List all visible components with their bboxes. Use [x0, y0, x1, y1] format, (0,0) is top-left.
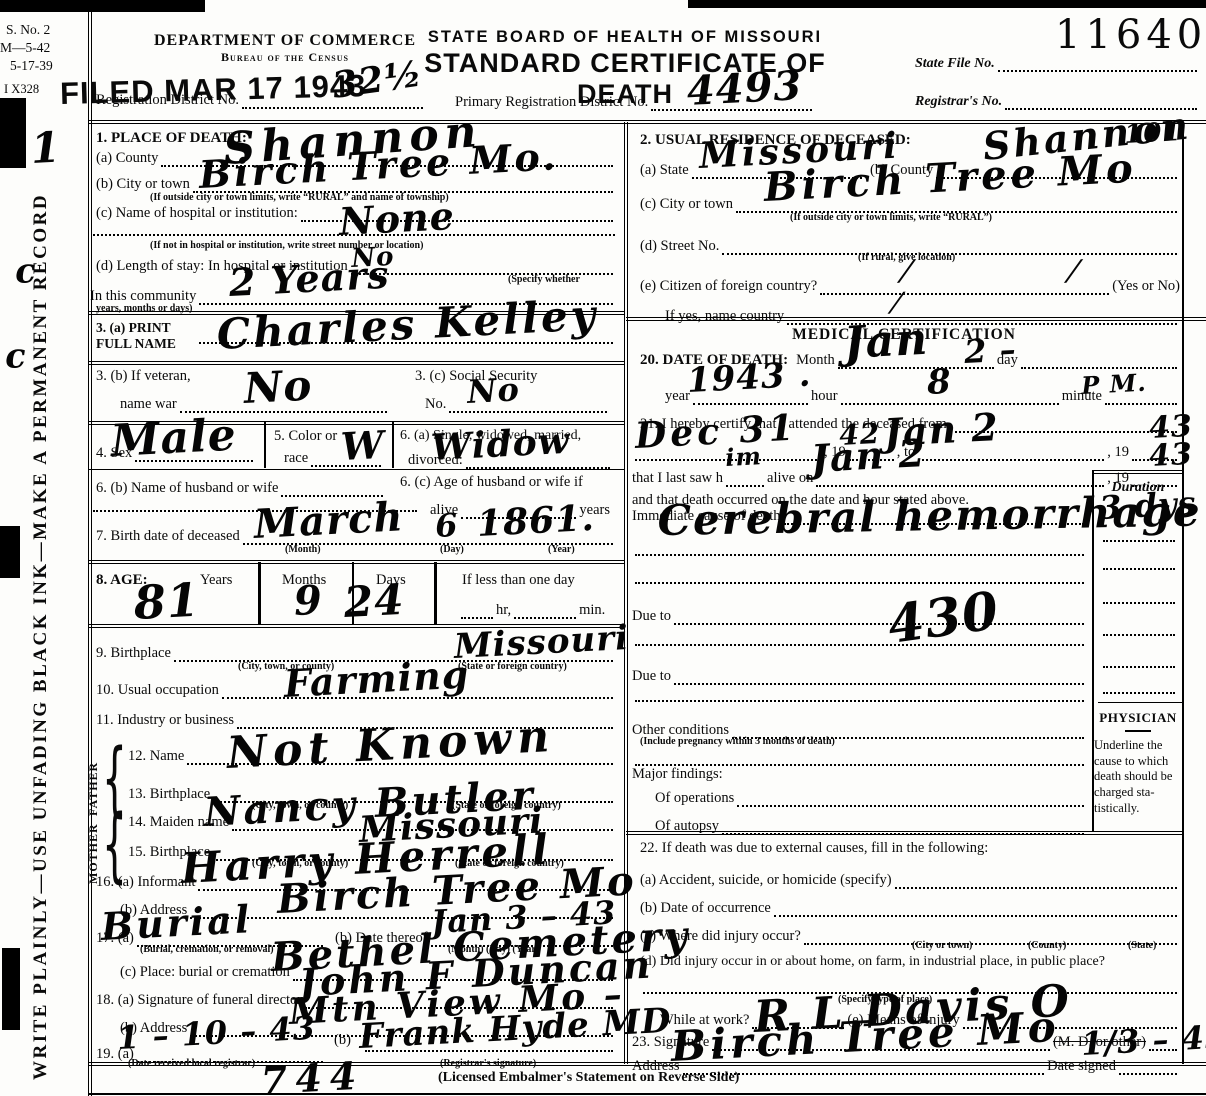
spouse-name-field: 6. (b) Name of husband or wife: [96, 480, 386, 497]
ssn-value: No: [466, 373, 520, 408]
scan-artifact: [2, 948, 20, 1030]
day-hint: (Day): [440, 544, 464, 555]
right-border: [1182, 122, 1184, 1064]
birth-day-value: 6: [434, 509, 459, 542]
mother-side-label: MOTHER: [86, 802, 101, 884]
name-country-mark: ⁄: [894, 290, 901, 318]
veteran-value: No: [243, 364, 314, 410]
scan-artifact: [0, 526, 20, 578]
sex-value: Male: [110, 413, 238, 464]
hr-min-field: hr, min.: [458, 602, 616, 619]
community-value: 2 Years: [228, 256, 390, 302]
last-saw-date: Jan 2: [810, 434, 927, 478]
attended-from-value: Dec 31: [634, 410, 798, 454]
age-days-value: 24: [343, 579, 406, 624]
cause-line: [632, 640, 1087, 646]
injury-state-hint: (State): [1128, 940, 1156, 951]
occupation-value: Farming: [283, 655, 470, 703]
scan-artifact: [688, 0, 1206, 8]
duration-line: [1100, 598, 1178, 604]
spouse-age-label: 6. (c) Age of husband or wife if: [400, 474, 583, 491]
birthplace-value: Missouri: [453, 621, 630, 664]
duration-line: [1100, 688, 1178, 694]
color-race-label: 5. Color or: [274, 428, 337, 445]
injury-where-field: (c) Where did injury occur?: [640, 928, 1180, 945]
major-findings-label: Major findings:: [632, 766, 723, 783]
less-than-day-header: If less than one day: [462, 572, 575, 589]
cause-line: [632, 578, 1087, 584]
marital-value: Widow: [430, 423, 570, 466]
physician-header: PHYSICIAN: [1094, 710, 1182, 726]
year-hint: (Year): [548, 544, 575, 555]
print-name-label: 3. (a) PRINT: [96, 320, 171, 336]
age-years-value: 81: [133, 577, 201, 626]
accident-field: (a) Accident, suicide, or homicide (spec…: [640, 872, 1180, 889]
form-code: I X328: [4, 82, 39, 97]
specify-whether-hint: (Specify whether: [508, 274, 580, 285]
form-code: M—5-42: [0, 40, 50, 56]
margin-mark: c: [14, 254, 37, 289]
footer-number: 744: [260, 1057, 365, 1096]
disposition-value: Burial: [100, 900, 253, 946]
registrar-received-value: 1 – 10 – 43: [116, 1012, 316, 1054]
registrar-received-hint: (Date received local registrar): [128, 1058, 255, 1069]
print-name-label2: FULL NAME: [96, 336, 176, 352]
board-title: STATE BOARD OF HEALTH OF MISSOURI: [390, 28, 860, 47]
column-rule: [392, 422, 394, 468]
form-code: S. No. 2: [6, 22, 50, 38]
row-divider: [88, 469, 625, 470]
duration-top-rule: [1092, 470, 1182, 474]
foreign-citizen-mark: ⁄: [1070, 258, 1078, 288]
due-to-field2: Due to: [632, 668, 1087, 685]
registrar-sig-label: (b): [334, 1032, 351, 1049]
injury-city-hint: (City or town): [912, 940, 972, 951]
death-year-value: 1943 .: [686, 358, 812, 398]
column-rule: [264, 422, 266, 468]
column-rule: [434, 562, 437, 625]
death-day-value: 2 –: [963, 333, 1017, 368]
death-ampm-value: P M.: [1081, 371, 1147, 398]
duration-line: [1100, 564, 1178, 570]
row-divider: [626, 831, 1182, 835]
color-race-value: W: [340, 426, 386, 466]
form-code: 5-17-39: [10, 58, 53, 74]
last-saw-year: 43: [1148, 440, 1193, 472]
column-rule: [258, 562, 261, 625]
registrar-sig-hint: (Registrar's signature): [440, 1058, 536, 1069]
operations-field: Of operations: [655, 790, 1087, 807]
duration-line: [1100, 662, 1178, 668]
cause-line: [632, 696, 1087, 702]
page-bottom-line: [88, 1093, 1206, 1095]
hospital-value: None: [338, 197, 456, 241]
duration-line: [1100, 630, 1178, 636]
death-certificate-scan: WRITE PLAINLY—USE UNFADING BLACK INK—MAK…: [0, 0, 1206, 1096]
immediate-cause-value: Cerebral hemorrhage: [657, 491, 1202, 542]
occurrence-date-field: (b) Date of occurrence: [640, 900, 1180, 917]
margin-mark: c: [4, 339, 27, 374]
birth-year-value: 1861.: [476, 500, 595, 542]
last-saw-him: im: [725, 444, 763, 470]
section22-title: 22. If death was due to external causes,…: [640, 840, 988, 857]
date-signed-value: 1/3 – 43: [1080, 1020, 1206, 1060]
certificate-number: 11640: [1055, 12, 1206, 58]
injury-county-hint: (County): [1028, 940, 1066, 951]
physician-top-rule: [1098, 702, 1182, 703]
registration-district-field: Registration District No.: [96, 92, 426, 109]
residence-city-hint: (If outside city or town limits, write “…: [790, 212, 992, 223]
physician-dash: [1125, 730, 1151, 732]
row-divider: [88, 361, 625, 365]
row-divider: [88, 560, 625, 564]
physician-note: Underline the cause to which death shoul…: [1094, 738, 1182, 816]
birth-month-value: March: [253, 497, 405, 545]
age-months-value: 9: [293, 581, 324, 622]
due-to-field: Due to: [632, 608, 1087, 625]
cause-scribble: 430: [885, 585, 1003, 652]
cause-line: [632, 550, 1087, 556]
scan-artifact: [0, 98, 26, 168]
margin-mark: 1: [30, 126, 62, 170]
veteran-label: 3. (b) If veteran,: [96, 368, 191, 385]
death-month-value: Jan: [843, 318, 930, 366]
death-hour-value: 8: [926, 365, 952, 400]
scan-artifact: [0, 0, 205, 12]
injury-place-question: (d) Did injury occur in or about home, o…: [640, 954, 1105, 970]
primary-registration-value: 4493: [686, 66, 803, 112]
state-file-field: State File No.: [915, 56, 1200, 72]
age-years-header: Years: [200, 572, 232, 589]
other-conditions-hint: (Include pregnancy within 3 months of de…: [640, 736, 835, 747]
form-left-border: [88, 0, 92, 1096]
